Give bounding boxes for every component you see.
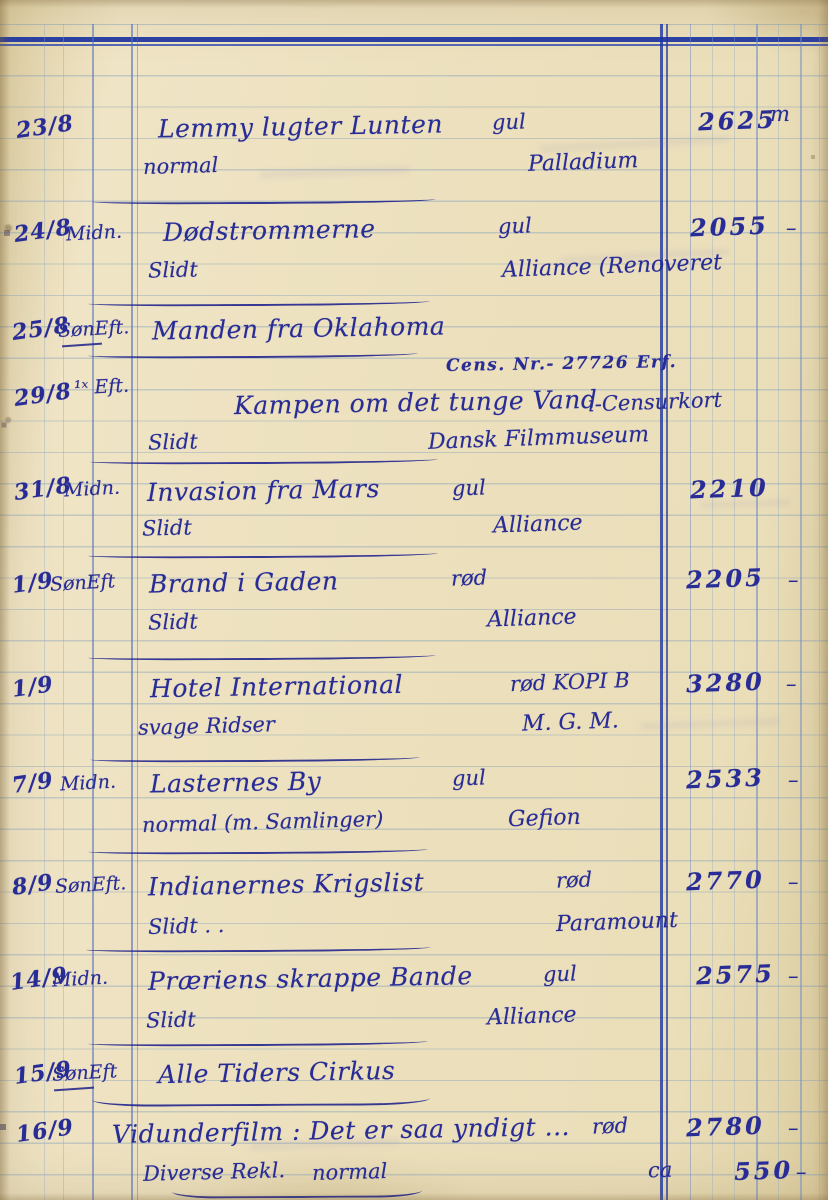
distributor-name: Alliance <box>487 1002 577 1030</box>
entry-showtime: SønEft <box>51 1060 117 1085</box>
column-rule-amount-left <box>660 24 663 1200</box>
entry-showtime: Midn. <box>63 477 120 502</box>
entry-showtime: SønEft. <box>54 872 126 898</box>
entry-showtime: Midn. <box>59 771 116 796</box>
column-rule <box>756 24 758 1200</box>
page-edge-top <box>0 0 828 8</box>
film-title: Lemmy lugter Lunten <box>158 110 443 144</box>
column-rule <box>712 24 713 1200</box>
length-unit: – <box>786 216 797 240</box>
distributor-name: Gefion <box>508 805 582 833</box>
film-length: 2770 <box>686 865 766 897</box>
ruled-line-top <box>0 24 828 25</box>
copy-condition: Slidt <box>142 515 192 540</box>
copy-color-note: gul <box>452 765 487 790</box>
approx-mark: ca <box>648 1158 673 1183</box>
entry-showtime: SønEft <box>49 570 115 595</box>
censor-number-note: Cens. Nr.- 27726 Erf. <box>446 352 677 376</box>
ledger-page: 23/8Lemmy lugter Luntengul2625mnormalPal… <box>0 0 828 1200</box>
film-length: 550 <box>734 1155 794 1186</box>
length-unit: – <box>788 568 799 592</box>
copy-condition: Slidt <box>146 1007 196 1032</box>
film-title: Alle Tiders Cirkus <box>158 1056 396 1089</box>
film-length: 2780 <box>686 1111 766 1143</box>
entry-showtime: Midn. <box>51 967 108 992</box>
copy-condition: Diverse Rekl. <box>143 1158 286 1186</box>
copy-color-note: gul <box>498 213 533 238</box>
copy-color-note: rød <box>556 867 593 892</box>
film-length: 2533 <box>686 763 766 795</box>
distributor-name: Palladium <box>528 148 639 177</box>
copy-color-note: gul <box>452 475 487 500</box>
entry-showtime: Midn. <box>65 221 122 246</box>
column-rule <box>690 24 691 1200</box>
entry-showtime: ¹ˣ Eft. <box>73 375 129 400</box>
length-unit: m <box>770 102 790 126</box>
row-separator-line <box>92 1091 430 1107</box>
column-rule <box>734 24 735 1200</box>
copy-color-note: rød <box>451 565 488 590</box>
ruled-lines <box>0 75 828 1200</box>
film-length: 2055 <box>690 211 770 243</box>
copy-color-note: i-Censurkort <box>588 388 723 417</box>
copy-condition: svage Ridser <box>138 712 276 740</box>
film-length: 2625 <box>698 105 778 137</box>
film-title: Dødstrommerne <box>163 214 376 247</box>
film-title: Invasion fra Mars <box>147 474 380 507</box>
length-unit: – <box>788 768 799 792</box>
distributor-name: Paramount <box>556 908 679 937</box>
film-title: Præriens skrappe Bande <box>148 961 473 996</box>
film-length: 2575 <box>696 959 776 991</box>
film-length: 2205 <box>686 563 766 595</box>
film-title: Indianernes Krigslist <box>148 868 425 902</box>
film-length: 3280 <box>686 667 766 699</box>
length-unit: – <box>788 870 799 894</box>
header-rule-thick <box>0 37 828 42</box>
copy-condition: Slidt <box>148 257 198 282</box>
column-rule <box>778 24 779 1200</box>
copy-condition: normal <box>143 153 219 179</box>
row-separator-line <box>172 1183 422 1198</box>
film-title: Manden fra Oklahoma <box>152 311 446 345</box>
copy-condition: Slidt <box>148 609 198 634</box>
entry-showtime: SønEft. <box>57 316 129 342</box>
length-unit: – <box>788 964 799 988</box>
film-title: Hotel International <box>150 670 403 703</box>
copy-condition: Slidt . . <box>148 913 225 939</box>
distributor-name: Alliance <box>487 604 577 632</box>
length-unit: – <box>788 1116 799 1140</box>
copy-color-note: gul <box>492 109 527 134</box>
copy-condition: normal <box>312 1159 388 1185</box>
length-unit: – <box>786 672 797 696</box>
film-title: Brand i Gaden <box>149 566 339 598</box>
column-rule <box>44 24 45 1200</box>
copy-condition: Slidt <box>148 429 198 454</box>
column-rule <box>800 24 802 1200</box>
copy-color-note: rød KOPI B <box>510 668 630 696</box>
film-title: Lasternes By <box>150 767 322 799</box>
copy-color-note: rød <box>592 1113 629 1138</box>
column-rule <box>819 24 820 1200</box>
paper-specks <box>0 0 2 2</box>
copy-color-note: gul <box>543 961 578 986</box>
column-rule <box>666 24 668 1200</box>
header-rule-thin <box>0 44 828 46</box>
column-rule <box>63 24 64 1200</box>
length-unit: – <box>796 1160 807 1184</box>
film-length: 2210 <box>690 473 770 505</box>
distributor-name: Alliance <box>493 510 583 538</box>
distributor-name: M. G. M. <box>522 708 620 736</box>
